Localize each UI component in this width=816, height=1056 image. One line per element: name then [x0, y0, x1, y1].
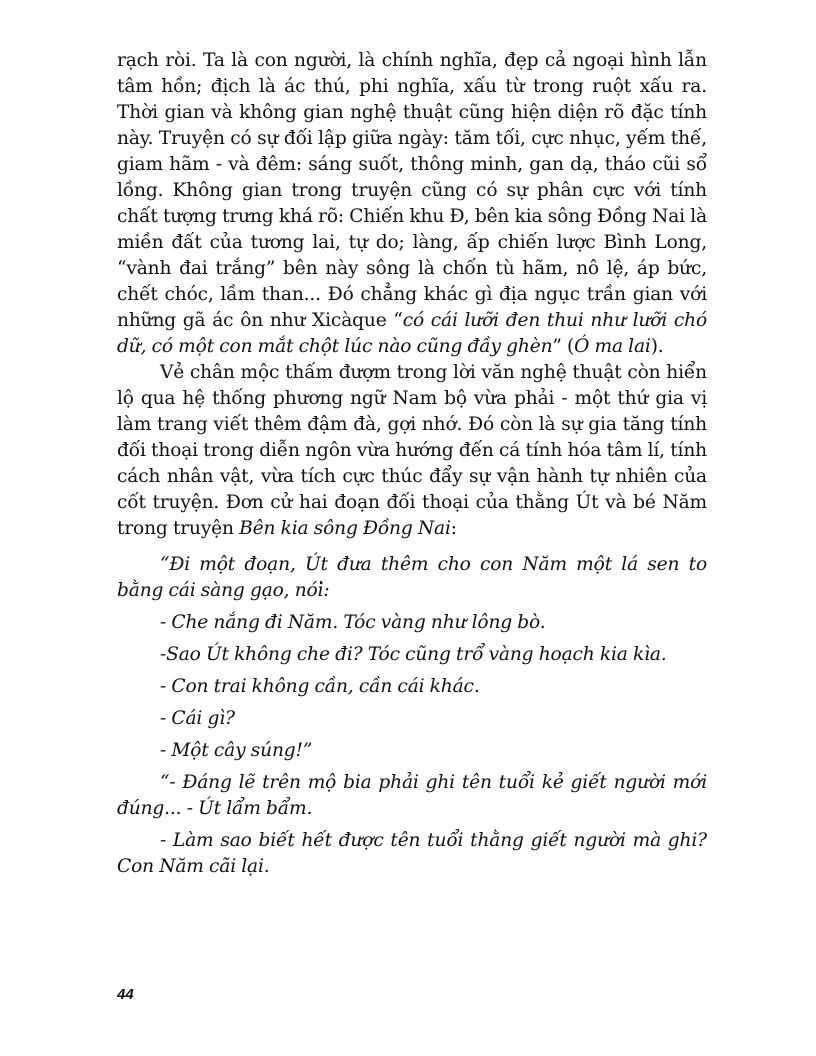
dialogue-line-6: - Một cây súng!” [117, 738, 707, 764]
paragraph-1-text-cont: ” ( [552, 336, 574, 357]
scan-artifact-dot [320, 581, 322, 584]
book-page-body: rạch ròi. Ta là con người, là chính nghĩ… [117, 48, 707, 880]
dialogue-line-1: “Đi một đoạn, Út đưa thêm cho con Năm mộ… [117, 552, 707, 604]
paragraph-2-text-end: : [451, 518, 457, 539]
dialogue-line-7: “- Đáng lẽ trên mộ bia phải ghi tên tuổi… [117, 770, 707, 822]
work-title-ben-kia-song-dong-nai: Bên kia sông Đồng Nai [239, 518, 451, 539]
dialogue-line-8: - Làm sao biết hết được tên tuổi thằng g… [117, 828, 707, 880]
work-title-o-ma-lai: Ó ma lai [574, 336, 651, 357]
dialogue-line-3: -Sao Út không che đi? Tóc cũng trổ vàng … [117, 642, 707, 668]
paragraph-1-text: rạch ròi. Ta là con người, là chính nghĩ… [117, 50, 707, 331]
dialogue-line-4: - Con trai không cần, cần cái khác. [117, 674, 707, 700]
page-number: 44 [117, 986, 134, 1003]
dialogue-line-2: - Che nắng đi Năm. Tóc vàng như lông bò. [117, 610, 707, 636]
paragraph-1: rạch ròi. Ta là con người, là chính nghĩ… [117, 48, 707, 360]
paragraph-2: Vẻ chân mộc thấm đượm trong lời văn nghệ… [117, 360, 707, 542]
paragraph-1-text-end: ). [651, 336, 664, 357]
paragraph-2-text: Vẻ chân mộc thấm đượm trong lời văn nghệ… [117, 362, 707, 539]
dialogue-line-5: - Cái gì? [117, 706, 707, 732]
